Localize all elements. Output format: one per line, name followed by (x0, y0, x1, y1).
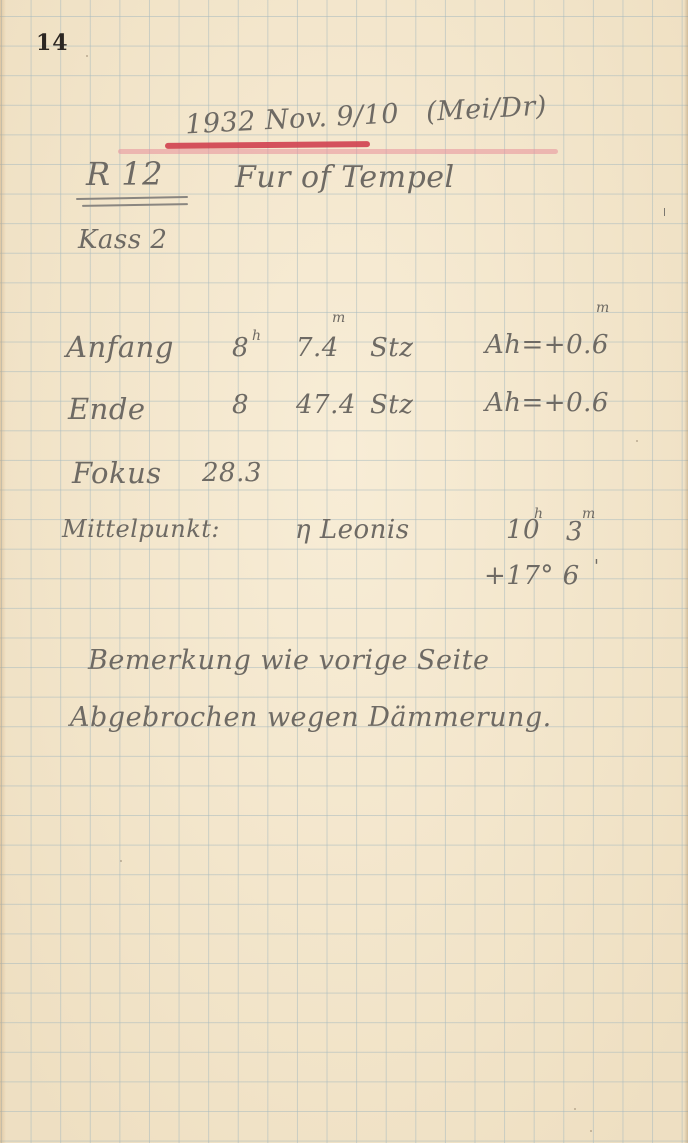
object-code: R 12 (86, 155, 163, 193)
entry-abbrev: Stz (370, 390, 413, 420)
notebook-page: 14 1932 Nov. 9/10 (Mei/Dr) R 12 Fur of T… (0, 0, 688, 1143)
object-double-underline (76, 196, 188, 200)
red-pencil-underline-faint (118, 149, 558, 154)
entry-minutes: 47.4 (296, 390, 356, 420)
entry-delta-unit: m (596, 300, 609, 316)
center-declination: +17° 6 (484, 561, 580, 591)
remark-line-1: Bemerkung wie vorige Seite (88, 645, 489, 676)
entry-hours: 8 (232, 390, 249, 420)
observer-initials: (Mei/Dr) (425, 91, 547, 128)
remark-line-2: Abgebrochen wegen Dämmerung. (70, 702, 552, 733)
entry-delta: Ah=+0.6 (485, 330, 609, 360)
focus-label: Fokus (72, 456, 162, 490)
entry-label: Anfang (66, 330, 174, 364)
red-pencil-underline (165, 141, 370, 149)
center-ra-minutes-unit: m (582, 506, 595, 522)
entry-abbrev: Stz (370, 333, 413, 363)
focus-value: 28.3 (202, 458, 262, 488)
center-star: η Leonis (295, 515, 410, 545)
center-ra-hours-unit: h (534, 506, 543, 522)
center-ra-minutes: 3 (566, 517, 583, 547)
cassette-label: Kass 2 (78, 225, 167, 255)
object-double-underline-2 (82, 203, 188, 207)
page-number: 14 (36, 30, 69, 56)
entry-minutes-unit: m (332, 310, 345, 326)
object-name: Fur of Tempel (235, 160, 455, 195)
entry-minutes: 7.4 (296, 333, 339, 363)
margin-mark (664, 208, 665, 216)
entry-hours: 8 (232, 333, 249, 363)
entry-delta: Ah=+0.6 (485, 388, 609, 418)
entry-hours-unit: h (252, 328, 261, 344)
observation-date: 1932 Nov. 9/10 (184, 98, 399, 140)
center-declination-unit: ' (594, 556, 599, 577)
observation-date-header: 1932 Nov. 9/10 (Mei/Dr) (184, 91, 547, 141)
center-point-label: Mittelpunkt: (62, 515, 220, 543)
entry-label: Ende (68, 392, 146, 426)
